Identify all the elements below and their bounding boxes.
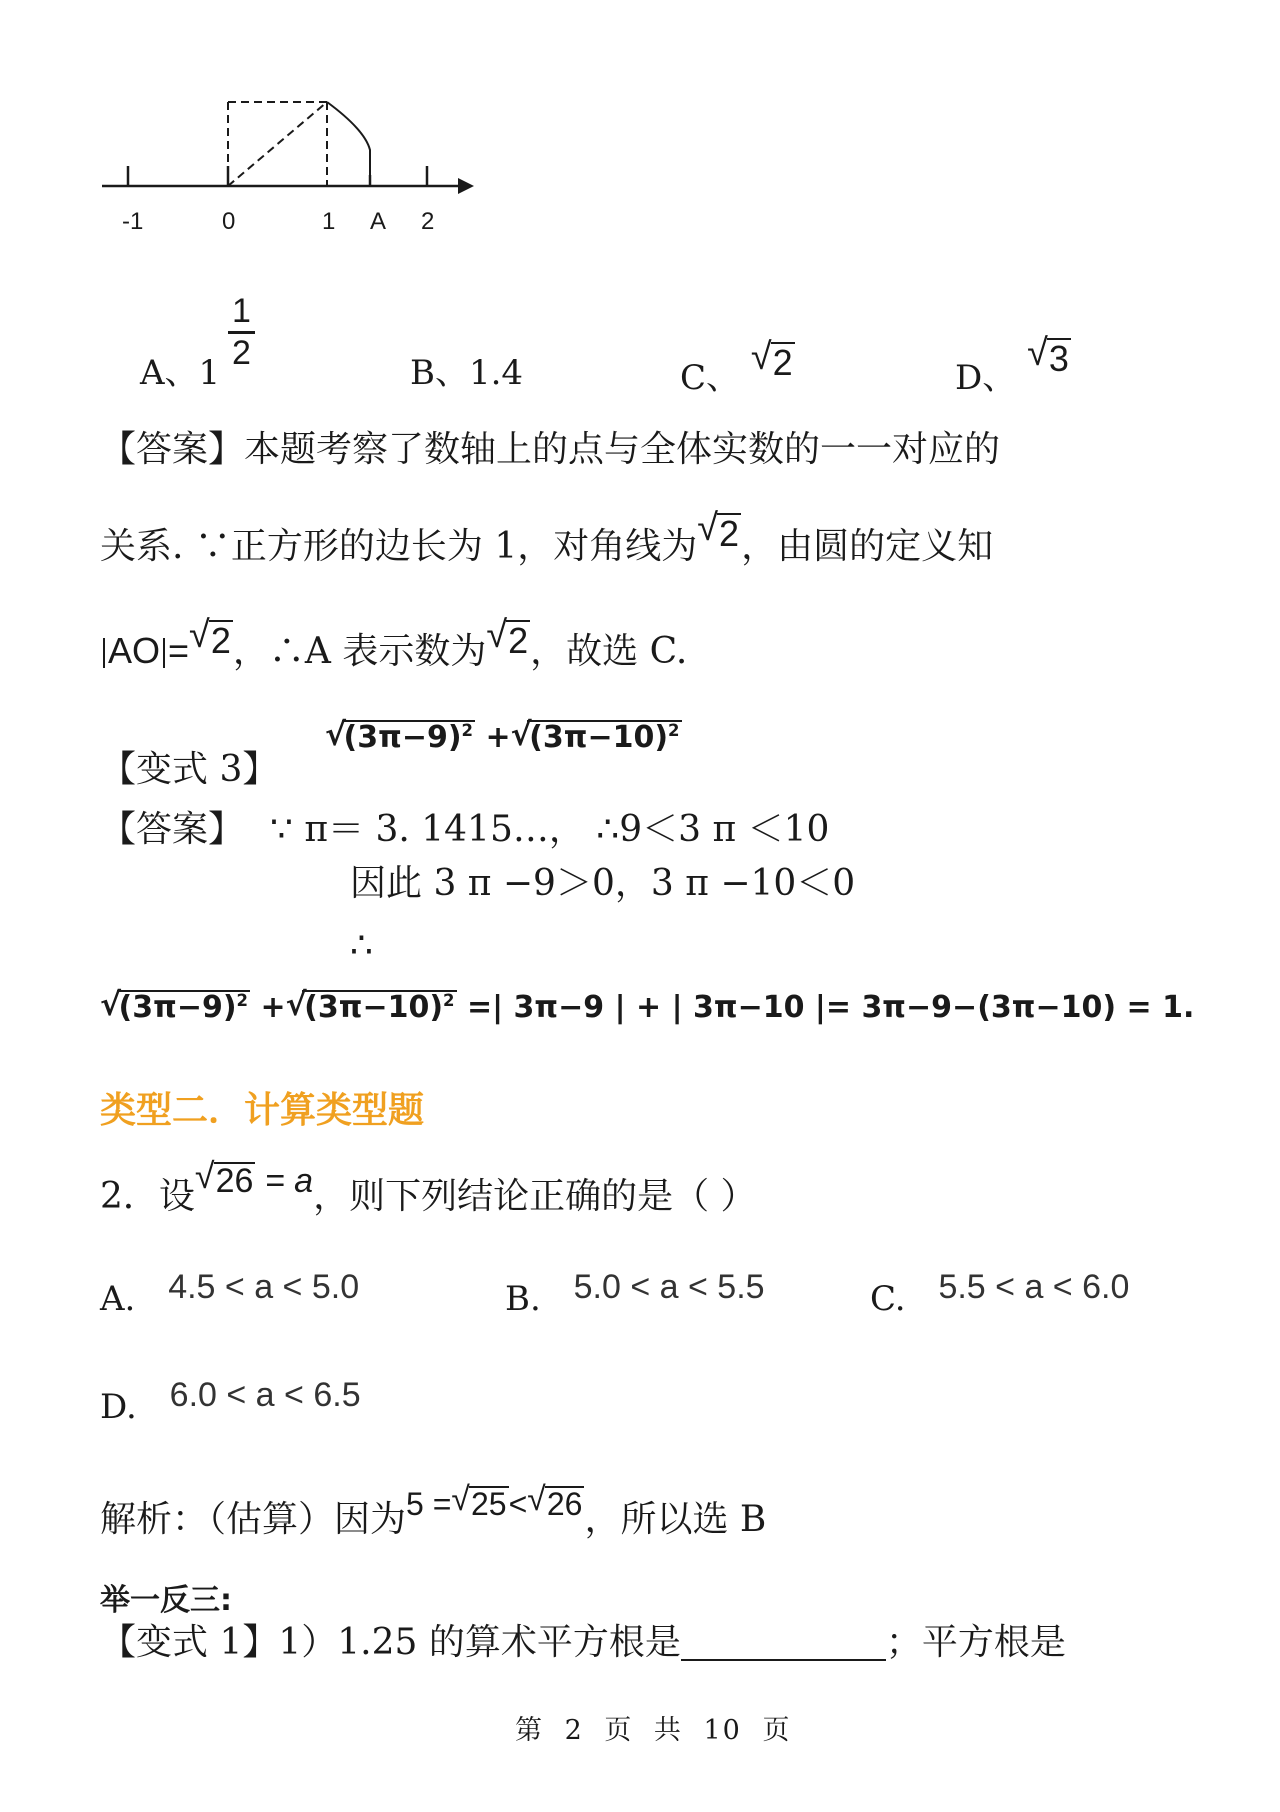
variant3-answer-label: 【答案】: [100, 812, 244, 848]
sqrt-2: 2: [751, 342, 795, 382]
sqrt-25: 25: [451, 1486, 508, 1522]
variant3-expression: (3π−9)2 +(3π−10)2: [325, 720, 682, 755]
analysis-line: 解析：（估算）因为5 =25<26，所以选 B: [100, 1502, 766, 1538]
variant3-answer-line3: ∴: [350, 928, 373, 964]
variant3-answer-line1: ∵ π＝ 3. 1415…， ∴9＜3 π ＜10: [270, 812, 829, 848]
axis-label-neg1: -1: [122, 208, 143, 236]
variant3-answer-line2: 因此 3 π −9＞0，3 π −10＜0: [350, 866, 855, 902]
answer1-line1: 【答案】本题考察了数轴上的点与全体实数的一一对应的: [100, 432, 1000, 468]
sqrt-2: 2: [189, 620, 233, 660]
sqrt-2: 2: [697, 513, 741, 553]
axis-label-2: 2: [421, 208, 434, 236]
practice-variant1: 【变式 1】1）1.25 的算术平方根是；平方根是: [100, 1625, 1066, 1661]
sqrt-expr: (3π−10)2: [511, 720, 682, 755]
variant3-label: 【变式 3】: [100, 752, 278, 788]
q2-option-c: C. 5.5 < a < 6.0: [870, 1282, 1129, 1316]
answer1-line2: 关系. ∵正方形的边长为 1，对角线为2，由圆的定义知: [100, 525, 993, 565]
q2-stem: 2．设26 = a，则下列结论正确的是（ ）: [100, 1178, 757, 1216]
sqrt-expr: (3π−9)2: [325, 720, 475, 755]
q1-option-d: D、 3: [955, 356, 1071, 396]
variant3-final-equation: (3π−9)2 +(3π−10)2 =| 3π−9 | + | 3π−10 |=…: [100, 990, 1194, 1025]
sqrt-26: 26: [195, 1162, 256, 1200]
q1-option-c: C、 2: [680, 356, 795, 396]
axis-label-1: 1: [322, 208, 335, 236]
sqrt-26: 26: [527, 1486, 584, 1522]
q1-option-a-fraction: 1 2: [228, 292, 255, 373]
q1-option-a: A、1: [140, 356, 220, 390]
number-line-diagram: [95, 90, 495, 240]
section-heading: 类型二．计算类型题: [100, 1082, 424, 1133]
q2-option-d: D. 6.0 < a < 6.5: [100, 1390, 361, 1424]
axis-arrow-icon: [458, 178, 474, 194]
page-footer: 第 2 页 共 10 页: [515, 1708, 791, 1747]
sqrt-expr: (3π−10)2: [286, 990, 457, 1025]
q2-option-a: A. 4.5 < a < 5.0: [100, 1282, 359, 1316]
sqrt-3: 3: [1027, 338, 1071, 378]
axis-label-0: 0: [222, 208, 235, 236]
practice-heading: 举一反三:: [100, 1575, 232, 1619]
answer-blank[interactable]: [681, 1629, 886, 1661]
sqrt-expr: (3π−9)2: [100, 990, 250, 1025]
q2-option-b: B. 5.0 < a < 5.5: [505, 1282, 765, 1316]
sqrt-2: 2: [486, 620, 530, 660]
axis-label-a: A: [370, 208, 386, 236]
q1-option-b: B、1.4: [410, 356, 523, 390]
answer1-line3: AO=2，∴A 表示数为2，故选 C.: [100, 630, 687, 670]
